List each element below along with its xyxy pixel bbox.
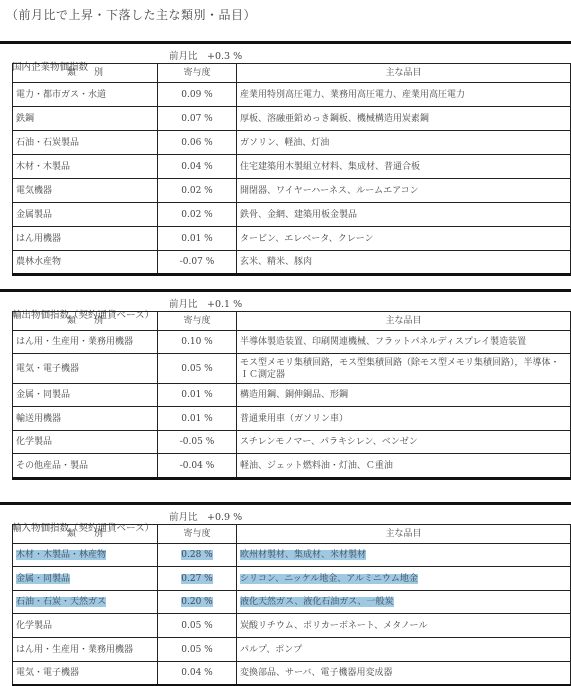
column-header-items: 主な品目	[237, 64, 571, 83]
contribution-cell: 0.01 %	[158, 384, 237, 407]
contribution-cell: -0.04 %	[158, 454, 237, 479]
category-cell: 化学製品	[13, 614, 158, 638]
selected-text[interactable]: 欧州材製材、集成材、米材製材	[240, 550, 366, 560]
category-cell[interactable]: 石油・石炭・天然ガス	[13, 591, 158, 614]
items-cell: 産業用特別高圧電力、業務用高圧電力、産業用高圧電力	[237, 83, 571, 107]
category-cell[interactable]: 木材・木製品・林産物	[13, 544, 158, 567]
items-cell: 開閉器、ワイヤーハーネス、ルームエアコン	[237, 179, 571, 203]
table-row-highlighted: 石油・石炭・天然ガス 0.20 % 液化天然ガス、液化石油ガス、一般炭	[13, 591, 571, 614]
column-header-category: 類 別	[13, 312, 158, 331]
contribution-cell: 0.09 %	[158, 83, 237, 107]
items-cell: ガソリン、軽油、灯油	[237, 131, 571, 155]
contribution-cell: 0.07 %	[158, 107, 237, 131]
selected-text[interactable]: 木材・木製品・林産物	[16, 550, 106, 560]
table-row: 木材・木製品 0.04 % 住宅建築用木製組立材料、集成材、普通合板	[13, 155, 571, 179]
section-divider	[0, 289, 571, 292]
selected-text[interactable]: 石油・石炭・天然ガス	[16, 597, 106, 607]
table-row: 金属製品 0.02 % 鉄骨、金網、建築用板金製品	[13, 203, 571, 227]
page-heading: （前月比で上昇・下落した主な類別・品目）	[6, 6, 256, 23]
table-row: 輸送用機器 0.01 % 普通乗用車（ガソリン車）	[13, 407, 571, 431]
items-cell[interactable]: 欧州材製材、集成材、米材製材	[237, 544, 571, 567]
contribution-cell: -0.05 %	[158, 431, 237, 454]
items-cell: 厚板、溶融亜鉛めっき鋼板、機械構造用炭素鋼	[237, 107, 571, 131]
category-cell: はん用機器	[13, 227, 158, 251]
table-row: 化学製品 0.05 % 炭酸リチウム、ポリカーボネート、メタノール	[13, 614, 571, 638]
table-row: 電気機器 0.02 % 開閉器、ワイヤーハーネス、ルームエアコン	[13, 179, 571, 203]
category-cell: はん用・生産用・業務用機器	[13, 638, 158, 662]
category-cell: 電気・電子機器	[13, 662, 158, 686]
category-cell[interactable]: 金属・同製品	[13, 567, 158, 591]
table-row: 電気・電子機器 0.05 % モス型メモリ集積回路，モス型集積回路（除モス型メモ…	[13, 354, 571, 384]
category-cell: 鉄鋼	[13, 107, 158, 131]
contribution-cell: 0.01 %	[158, 227, 237, 251]
items-cell: 半導体製造装置、印刷関連機械、フラットパネルディスプレイ製造装置	[237, 331, 571, 354]
category-cell: 金属・同製品	[13, 384, 158, 407]
category-cell: はん用・生産用・業務用機器	[13, 331, 158, 354]
import-table: 類 別 寄与度 主な品目 木材・木製品・林産物 0.28 % 欧州材製材、集成材…	[12, 524, 571, 686]
contribution-cell[interactable]: 0.20 %	[158, 591, 237, 614]
selected-text[interactable]: シリコン、ニッケル地金、アルミニウム地金	[240, 574, 418, 584]
column-header-items: 主な品目	[237, 525, 571, 544]
items-cell: 変換部品、サーバ、電子機器用変成器	[237, 662, 571, 686]
section-divider	[0, 41, 571, 44]
items-cell: スチレンモノマー、パラキシレン、ベンゼン	[237, 431, 571, 454]
table-row: 電気・電子機器 0.04 % 変換部品、サーバ、電子機器用変成器	[13, 662, 571, 686]
table-row: 金属・同製品 0.01 % 構造用鋼、銅伸銅品、形鋼	[13, 384, 571, 407]
items-cell: 構造用鋼、銅伸銅品、形鋼	[237, 384, 571, 407]
contribution-cell: 0.04 %	[158, 662, 237, 686]
contribution-cell: 0.02 %	[158, 203, 237, 227]
category-cell: 電気・電子機器	[13, 354, 158, 384]
items-cell[interactable]: 液化天然ガス、液化石油ガス、一般炭	[237, 591, 571, 614]
category-cell: 化学製品	[13, 431, 158, 454]
category-cell: 電力・都市ガス・水道	[13, 83, 158, 107]
category-cell: 電気機器	[13, 179, 158, 203]
category-cell: 輸送用機器	[13, 407, 158, 431]
contribution-cell: -0.07 %	[158, 251, 237, 275]
section-divider	[0, 502, 571, 505]
items-cell: 軽油、ジェット燃料油・灯油、Ｃ重油	[237, 454, 571, 479]
selected-text[interactable]: 0.27 %	[181, 574, 212, 584]
table-row: 電力・都市ガス・水道 0.09 % 産業用特別高圧電力、業務用高圧電力、産業用高…	[13, 83, 571, 107]
column-header-category: 類 別	[13, 525, 158, 544]
table-header: 類 別 寄与度 主な品目	[13, 312, 571, 331]
items-cell: パルプ、ポンプ	[237, 638, 571, 662]
month-change: 前月比 +0.1 %	[169, 296, 242, 310]
month-change: 前月比 +0.3 %	[169, 48, 242, 62]
column-header-contribution: 寄与度	[158, 312, 237, 331]
column-header-items: 主な品目	[237, 312, 571, 331]
items-cell: タービン、エレベータ、クレーン	[237, 227, 571, 251]
items-cell: 住宅建築用木製組立材料、集成材、普通合板	[237, 155, 571, 179]
domestic-table: 類 別 寄与度 主な品目 電力・都市ガス・水道 0.09 % 産業用特別高圧電力…	[12, 63, 571, 276]
selected-text[interactable]: 0.20 %	[181, 597, 212, 607]
items-cell[interactable]: シリコン、ニッケル地金、アルミニウム地金	[237, 567, 571, 591]
items-cell: 鉄骨、金網、建築用板金製品	[237, 203, 571, 227]
contribution-cell: 0.06 %	[158, 131, 237, 155]
column-header-contribution: 寄与度	[158, 64, 237, 83]
items-cell: 炭酸リチウム、ポリカーボネート、メタノール	[237, 614, 571, 638]
selected-text[interactable]: 金属・同製品	[16, 574, 70, 584]
selected-text[interactable]: 液化天然ガス、液化石油ガス、一般炭	[240, 597, 394, 607]
selected-text[interactable]: 0.28 %	[181, 550, 212, 560]
table-row: はん用・生産用・業務用機器 0.05 % パルプ、ポンプ	[13, 638, 571, 662]
export-table: 類 別 寄与度 主な品目 はん用・生産用・業務用機器 0.10 % 半導体製造装…	[12, 311, 571, 480]
table-row: はん用・生産用・業務用機器 0.10 % 半導体製造装置、印刷関連機械、フラット…	[13, 331, 571, 354]
items-cell: モス型メモリ集積回路，モス型集積回路（除モス型メモリ集積回路），半導体・ＩＣ測定…	[237, 354, 571, 384]
category-cell: 金属製品	[13, 203, 158, 227]
table-row: はん用機器 0.01 % タービン、エレベータ、クレーン	[13, 227, 571, 251]
items-cell: 玄米、精米、豚肉	[237, 251, 571, 275]
contribution-cell[interactable]: 0.27 %	[158, 567, 237, 591]
category-cell: その他産品・製品	[13, 454, 158, 479]
category-cell: 石油・石炭製品	[13, 131, 158, 155]
table-row: 石油・石炭製品 0.06 % ガソリン、軽油、灯油	[13, 131, 571, 155]
table-row: 化学製品 -0.05 % スチレンモノマー、パラキシレン、ベンゼン	[13, 431, 571, 454]
table-row-highlighted: 木材・木製品・林産物 0.28 % 欧州材製材、集成材、米材製材	[13, 544, 571, 567]
contribution-cell: 0.05 %	[158, 614, 237, 638]
table-row: 鉄鋼 0.07 % 厚板、溶融亜鉛めっき鋼板、機械構造用炭素鋼	[13, 107, 571, 131]
month-change: 前月比 +0.9 %	[169, 509, 242, 523]
contribution-cell: 0.05 %	[158, 354, 237, 384]
table-header: 類 別 寄与度 主な品目	[13, 64, 571, 83]
contribution-cell: 0.10 %	[158, 331, 237, 354]
table-row: 農林水産物 -0.07 % 玄米、精米、豚肉	[13, 251, 571, 275]
items-cell: 普通乗用車（ガソリン車）	[237, 407, 571, 431]
table-header: 類 別 寄与度 主な品目	[13, 525, 571, 544]
table-row-highlighted: 金属・同製品 0.27 % シリコン、ニッケル地金、アルミニウム地金	[13, 567, 571, 591]
table-row: その他産品・製品 -0.04 % 軽油、ジェット燃料油・灯油、Ｃ重油	[13, 454, 571, 479]
category-cell: 木材・木製品	[13, 155, 158, 179]
column-header-contribution: 寄与度	[158, 525, 237, 544]
category-cell: 農林水産物	[13, 251, 158, 275]
contribution-cell: 0.04 %	[158, 155, 237, 179]
contribution-cell[interactable]: 0.28 %	[158, 544, 237, 567]
contribution-cell: 0.05 %	[158, 638, 237, 662]
column-header-category: 類 別	[13, 64, 158, 83]
contribution-cell: 0.02 %	[158, 179, 237, 203]
contribution-cell: 0.01 %	[158, 407, 237, 431]
